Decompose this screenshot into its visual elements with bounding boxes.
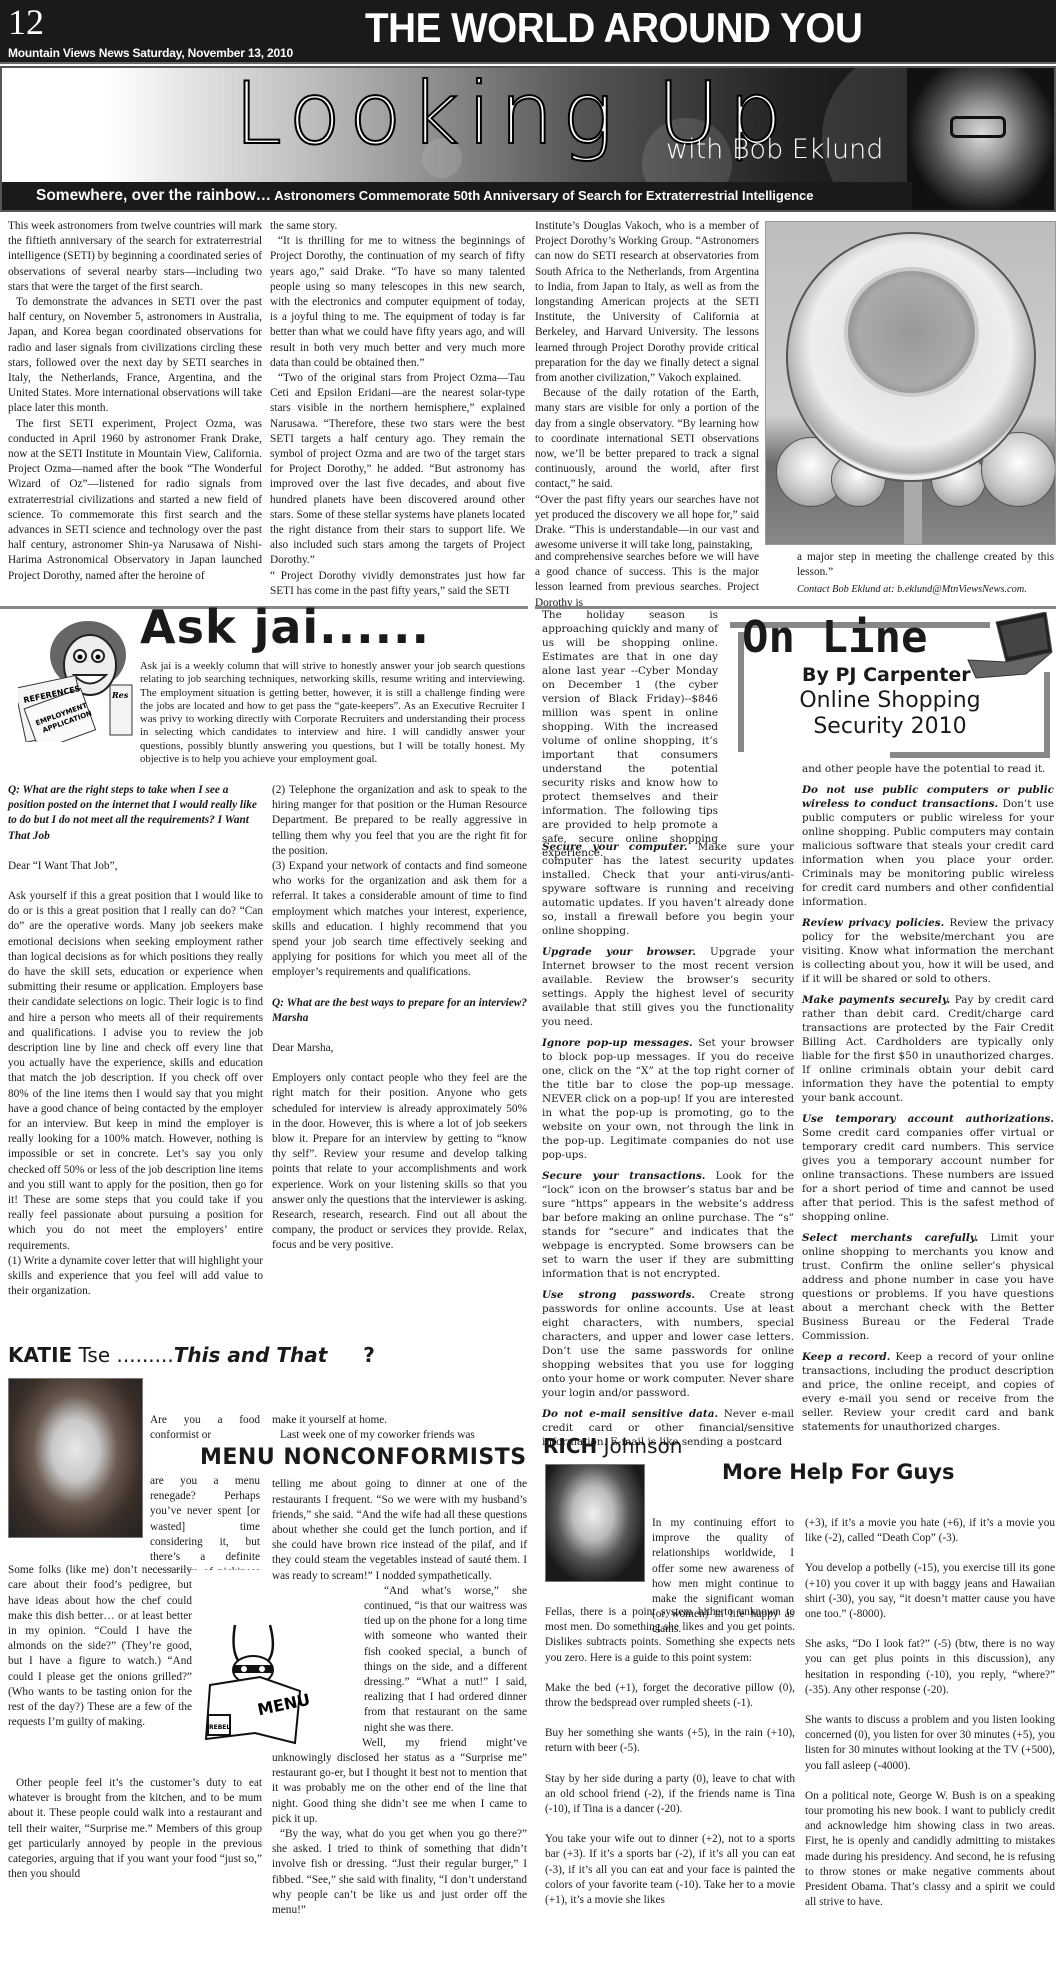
paragraph: The first SETI experiment, Project Ozma,… <box>8 417 262 584</box>
tip-heading: Upgrade your browser. <box>542 946 696 958</box>
tip-heading: Use strong passwords. <box>542 1289 695 1301</box>
column-name: This and That <box>174 1343 328 1367</box>
ask-jai-col-2: (2) Telephone the organization and ask t… <box>272 783 527 1254</box>
tip: Review privacy policies. Review the priv… <box>802 916 1054 986</box>
point-item: Make the bed (+1), forget the decorative… <box>545 1681 795 1711</box>
paragraph: Last week one of my coworker friends was <box>272 1428 527 1443</box>
katie-column-header: KATIE Tse .........This and That? <box>8 1343 375 1367</box>
dish-feed <box>844 267 979 397</box>
step-3: (3) Expand your network of contacts and … <box>272 859 527 981</box>
step-1: (1) Write a dynamite cover letter that w… <box>8 1254 263 1300</box>
author-photo-katie-tse <box>8 1378 143 1538</box>
paragraph: This week astronomers from twelve countr… <box>8 219 262 295</box>
tip: Make payments securely. Pay by credit ca… <box>802 993 1054 1105</box>
tip-heading: Ignore pop-up messages. <box>542 1037 693 1049</box>
seti-article-col-4-bottom: a major step in meeting the challenge cr… <box>797 550 1054 598</box>
point-item: Stay by her side during a party (0), lea… <box>545 1772 795 1818</box>
question-mark: ? <box>363 1343 375 1367</box>
tip-body: Make sure your computer has the latest s… <box>542 841 794 937</box>
author-name-rest: Tse ......... <box>72 1343 174 1367</box>
article-headline: More Help For Guys <box>722 1460 955 1484</box>
tip-heading: Select merchants carefully. <box>802 1232 978 1244</box>
rich-col-2: (+3), if it’s a movie you hate (+6), if … <box>805 1516 1055 1910</box>
paragraph: Institute’s Douglas Vakoch, who is a mem… <box>535 219 759 386</box>
seti-article-col-3-bottom: and comprehensive searches before we wil… <box>535 550 759 611</box>
tip: Keep a record. Keep a record of your onl… <box>802 1350 1054 1434</box>
step-2: (2) Telephone the organization and ask t… <box>272 783 527 859</box>
seti-article-col-3: Institute’s Douglas Vakoch, who is a mem… <box>535 219 759 553</box>
seti-article-col-2: the same story. “It is thrilling for me … <box>270 219 525 599</box>
column-title: On Line <box>742 612 927 663</box>
paragraph: The holiday season is approaching quickl… <box>542 609 718 859</box>
on-line-col-1: Secure your computer. Make sure your com… <box>542 840 794 1449</box>
tip: Use temporary account authorizations. So… <box>802 1112 1054 1224</box>
salutation: Dear Marsha, <box>272 1041 527 1056</box>
katie-intro-b: are you a menu renegade? Perhaps you’ve … <box>150 1474 260 1570</box>
looking-up-banner: Looking Up with Bob Eklund Somewhere, ov… <box>0 66 1056 212</box>
tip-heading: Keep a record. <box>802 1351 890 1363</box>
tip: Secure your transactions. Look for the “… <box>542 1169 794 1281</box>
column-byline: By PJ Carpenter <box>802 664 971 686</box>
headline-rest: Astronomers Commemorate 50th Anniversary… <box>271 188 813 203</box>
paragraph: the same story. <box>270 219 525 234</box>
decorative-bar <box>1044 672 1050 754</box>
headline-gap <box>272 1443 527 1477</box>
paragraph: “Two of the original stars from Project … <box>270 371 525 569</box>
paragraph: and other people have the potential to r… <box>802 762 1054 776</box>
column-subtitle: Online Shopping Security 2010 <box>790 688 990 740</box>
tip: Use strong passwords. Create strong pass… <box>542 1288 794 1400</box>
katie-intro-a: Are you a food conformist or <box>150 1413 260 1443</box>
point-item: Buy her something she wants (+5), in the… <box>545 1726 795 1756</box>
tip: Do not use public computers or public wi… <box>802 783 1054 909</box>
paragraph: Other people feel it’s the customer’s du… <box>8 1776 262 1882</box>
katie-col-2: make it yourself at home. Last week one … <box>272 1413 527 1918</box>
tip: Select merchants carefully. Limit your o… <box>802 1231 1054 1343</box>
tip-heading: Secure your transactions. <box>542 1170 705 1182</box>
paragraph: “Over the past fifty years our searches … <box>535 493 759 554</box>
tip-heading: Review privacy policies. <box>802 917 944 929</box>
on-line-col-2: and other people have the potential to r… <box>802 762 1054 1434</box>
tip-heading: Secure your computer. <box>542 841 688 853</box>
tip-body: Set your browser to block pop-up message… <box>542 1037 794 1161</box>
paragraph: “And what’s worse,” she continued, “is t… <box>364 1584 527 1736</box>
paragraph: a major step in meeting the challenge cr… <box>797 550 1054 580</box>
headline-lead: Somewhere, over the rainbow… <box>36 187 271 204</box>
tip-body: Limit your online shopping to merchants … <box>802 1232 1054 1342</box>
allen-telescope-array-photo <box>765 221 1056 545</box>
question-1: Q: What are the right steps to take when… <box>8 783 263 844</box>
author-name-rest: Johnson <box>597 1434 682 1458</box>
tip-heading: Use temporary account authorizations. <box>802 1113 1054 1125</box>
tip-body: Some credit card companies offer virtual… <box>802 1127 1054 1223</box>
paragraph: Because of the daily rotation of the Ear… <box>535 386 759 492</box>
point-item: She wants to discuss a problem and you l… <box>805 1713 1055 1774</box>
column-intro: Ask jai is a weekly column that will str… <box>140 660 525 766</box>
paragraph: To demonstrate the advances in SETI over… <box>8 295 262 417</box>
seti-article-col-1: This week astronomers from twelve countr… <box>8 219 262 584</box>
tip-heading: Do not e-mail sensitive data. <box>542 1408 718 1420</box>
tip-body: Keep a record of your online transaction… <box>802 1351 1054 1433</box>
point-item: On a political note, George W. Bush is o… <box>805 1789 1055 1911</box>
point-item: You develop a potbelly (-15), you exerci… <box>805 1561 1055 1622</box>
paragraph: “ Project Dorothy vividly demonstrates j… <box>270 569 525 599</box>
glasses-decoration <box>950 116 1006 138</box>
article-headline: Somewhere, over the rainbow… Astronomers… <box>2 182 912 210</box>
on-line-intro-top: The holiday season is approaching quickl… <box>542 608 718 860</box>
tip-heading: Make payments securely. <box>802 994 950 1006</box>
page-number: 12 <box>8 2 44 42</box>
question-2: Q: What are the best ways to prepare for… <box>272 996 527 1026</box>
tip-body: Look for the “lock” icon on the browser’… <box>542 1170 794 1280</box>
svg-text:Res: Res <box>111 690 129 700</box>
tip-body: Pay by credit card rather than debit car… <box>802 994 1054 1104</box>
tip: Secure your computer. Make sure your com… <box>542 840 794 938</box>
paragraph: telling me about going to dinner at one … <box>272 1477 527 1583</box>
banner-byline: with Bob Eklund <box>666 134 883 165</box>
paragraph: Fellas, there is a point system hitherto… <box>545 1605 795 1666</box>
section-title: THE WORLD AROUND YOU <box>365 4 862 52</box>
paragraph: Well, my friend might’ve unknowingly dis… <box>272 1736 527 1827</box>
author-contact: Contact Bob Eklund at: b.eklund@MtnViews… <box>797 582 1054 597</box>
laptop-icon <box>966 612 1054 682</box>
column-title: Ask jai...... <box>140 600 430 654</box>
svg-text:REBEL: REBEL <box>209 1724 230 1731</box>
ask-jai-col-1: Q: What are the right steps to take when… <box>8 783 263 1300</box>
paragraph: “It is thrilling for me to witness the b… <box>270 234 525 371</box>
answer-1: Ask yourself if this a great position th… <box>8 889 263 1254</box>
rich-column-header: RICH Johnson <box>543 1434 682 1458</box>
author-photo-bob-eklund <box>907 68 1056 212</box>
salutation: Dear “I Want That Job”, <box>8 859 263 874</box>
tip-body: Don’t use public computers or public wir… <box>802 798 1054 908</box>
author-name-bold: RICH <box>543 1434 597 1458</box>
job-seeker-cartoon-icon: REFERENCES EMPLOYMENT APPLICATION Res <box>18 620 133 742</box>
tip: Ignore pop-up messages. Set your browser… <box>542 1036 794 1162</box>
point-item: She asks, “Do I look fat?” (-5) (btw, th… <box>805 1637 1055 1698</box>
answer-2: Employers only contact people who they f… <box>272 1071 527 1253</box>
tip: Upgrade your browser. Upgrade your Inter… <box>542 945 794 1029</box>
author-name-bold: KATIE <box>8 1343 72 1367</box>
paragraph: make it yourself at home. <box>272 1413 527 1428</box>
point-item: You take your wife out to dinner (+2), n… <box>545 1832 795 1908</box>
decorative-bar <box>890 752 1050 758</box>
paragraph: “By the way, what do you get when you go… <box>272 1827 527 1918</box>
point-item: (+3), if it’s a movie you hate (+6), if … <box>805 1516 1055 1546</box>
tip-body: Upgrade your Internet browser to the mos… <box>542 946 794 1028</box>
publication-dateline: Mountain Views News Saturday, November 1… <box>8 46 293 60</box>
author-photo-rich-johnson <box>545 1464 645 1582</box>
tip-body: Create strong passwords for online accou… <box>542 1289 794 1399</box>
rich-col-1: Fellas, there is a point system hitherto… <box>545 1605 795 1908</box>
